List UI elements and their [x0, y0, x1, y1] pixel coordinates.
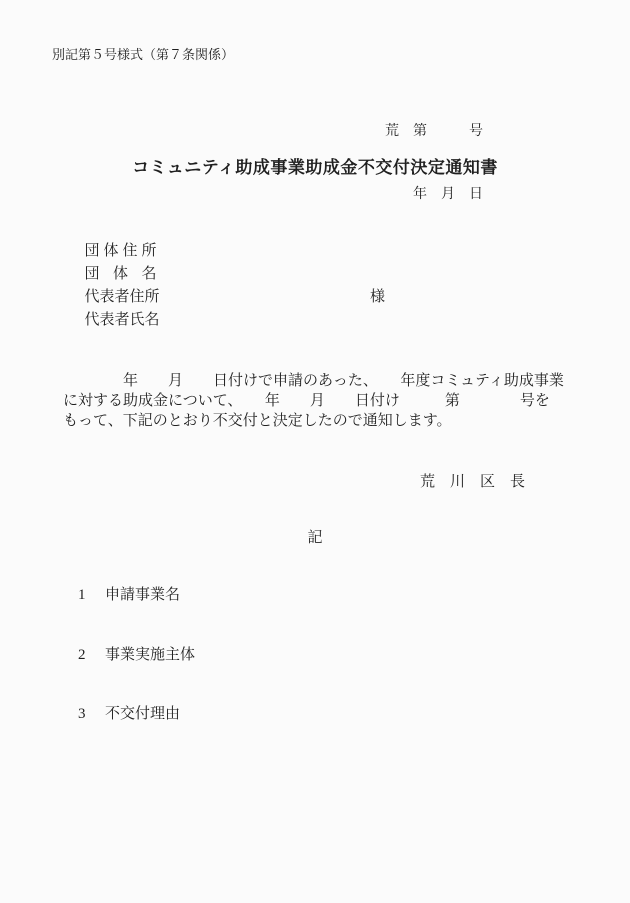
document-date-line: 年 月 日 — [385, 184, 483, 205]
recipient-block: 団体住所 団体名 代表者住所 代表者氏名 様 — [62, 217, 157, 309]
body-line-1: 年 月 日付けで申請のあった、 年度コミュティ助成事業 — [63, 371, 564, 391]
recipient-line-rep-address: 代表者住所 — [62, 263, 157, 286]
item-number-1: 1 — [78, 587, 105, 604]
honorific-sama: 様 — [370, 286, 385, 309]
recipient-line-rep-name: 代表者氏名 様 — [62, 286, 157, 309]
document-page: 別記第５号様式（第７条関係） 荒 第 号 年 月 日 コミュニティ助成事業助成金… — [0, 0, 630, 903]
recipient-line-org-name: 団体名 — [62, 240, 157, 263]
item-number-3: 3 — [78, 706, 105, 723]
form-reference: 別記第５号様式（第７条関係） — [52, 44, 234, 63]
list-item-refusal-reason: 3不交付理由 — [63, 685, 180, 740]
list-item-implementing-body: 2事業実施主体 — [63, 626, 195, 681]
body-paragraph: 年 月 日付けで申請のあった、 年度コミュティ助成事業 に対する助成金について、… — [63, 371, 564, 431]
sender-signature: 荒 川 区 長 — [420, 470, 525, 491]
document-number-line: 荒 第 号 — [385, 121, 483, 142]
body-line-2: に対する助成金について、 年 月 日付け 第 号を — [63, 391, 564, 411]
body-line-3: もって、下記のとおり不交付と決定したので通知します。 — [63, 411, 564, 431]
ki-marker: 記 — [0, 526, 630, 547]
item-label-refusal-reason: 不交付理由 — [105, 706, 180, 722]
item-label-application-name: 申請事業名 — [105, 587, 180, 603]
item-label-implementing-body: 事業実施主体 — [105, 647, 195, 663]
document-title: コミュニティ助成事業助成金不交付決定通知書 — [0, 153, 630, 178]
recipient-label-rep-name: 代表者氏名 — [85, 309, 157, 332]
item-number-2: 2 — [78, 647, 105, 664]
list-item-application-name: 1申請事業名 — [63, 566, 180, 621]
recipient-line-org-address: 団体住所 — [62, 217, 157, 240]
